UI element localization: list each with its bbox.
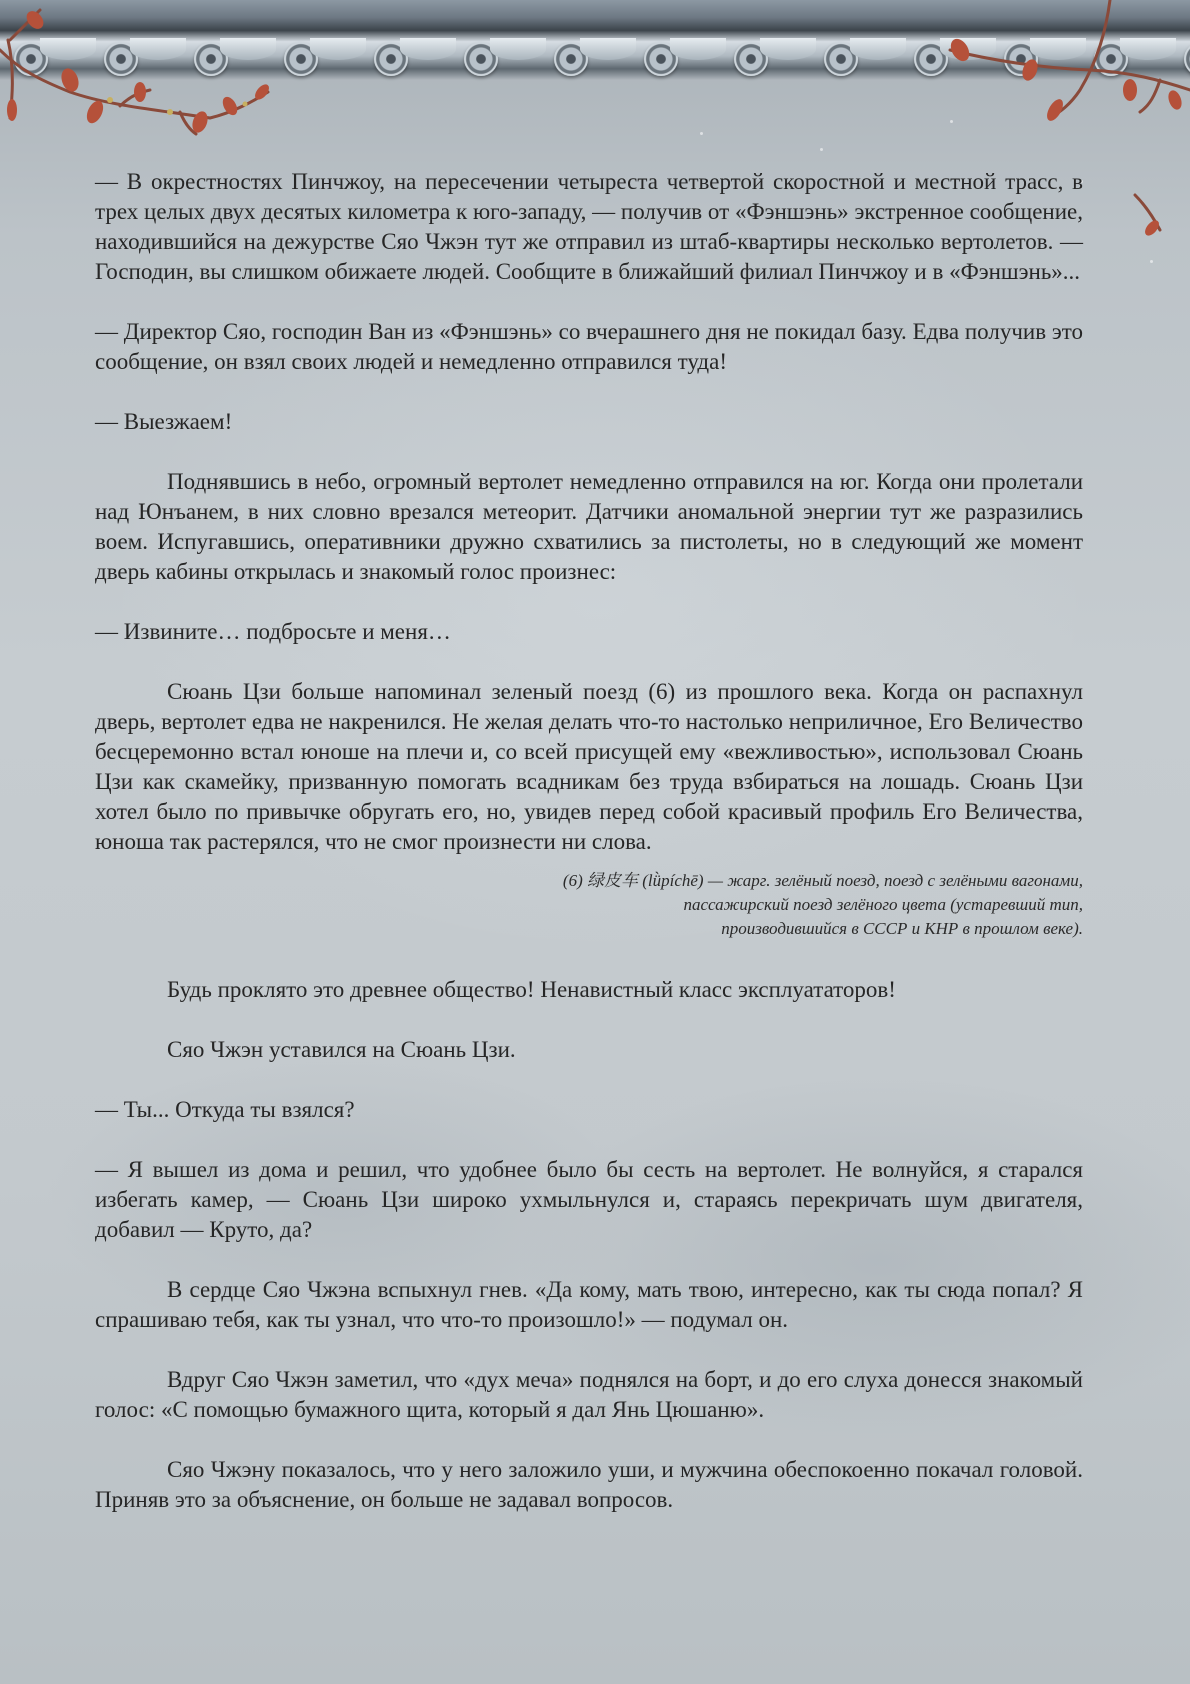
paragraph-dialogue: — В окрестностях Пинчжоу, на пересечении… (95, 167, 1083, 287)
dust-speck (820, 148, 823, 151)
paragraph-narration: Поднявшись в небо, огромный вертолет нем… (95, 467, 1083, 587)
roof-tile-row (0, 34, 1190, 80)
paragraph-narration: Сяо Чжэн уставился на Сюань Цзи. (95, 1035, 1083, 1065)
paragraph-dialogue: — Я вышел из дома и решил, что удобнее б… (95, 1155, 1083, 1245)
footnote-line: (6) 绿皮车 (lǜpíchē) — жарг. зелёный поезд,… (95, 869, 1083, 893)
paragraph-narration: В сердце Сяо Чжэна вспыхнул гнев. «Да ко… (95, 1275, 1083, 1335)
paragraph-narration: Вдруг Сяо Чжэн заметил, что «дух меча» п… (95, 1365, 1083, 1425)
footnote-line: производившийся в СССР и КНР в прошлом в… (95, 917, 1083, 941)
dust-speck (950, 120, 953, 123)
paragraph-dialogue: — Директор Сяо, господин Ван из «Фэншэнь… (95, 317, 1083, 377)
paragraph-narration: Сяо Чжэну показалось, что у него заложил… (95, 1455, 1083, 1515)
paragraph-narration: Будь проклято это древнее общество! Нена… (95, 975, 1083, 1005)
footnote: (6) 绿皮车 (lǜpíchē) — жарг. зелёный поезд,… (95, 869, 1083, 941)
dust-speck (1150, 260, 1153, 263)
dust-speck (700, 132, 703, 135)
paragraph-dialogue: — Выезжаем! (95, 407, 1083, 437)
paragraph-dialogue: — Ты... Откуда ты взялся? (95, 1095, 1083, 1125)
footnote-line: пассажирский поезд зелёного цвета (устар… (95, 893, 1083, 917)
roof-tiles-decoration (0, 0, 1190, 80)
paragraph-dialogue: — Извините… подбросьте и меня… (95, 617, 1083, 647)
document-body: — В окрестностях Пинчжоу, на пересечении… (95, 167, 1083, 1545)
paragraph-narration: Сюань Цзи больше напоминал зеленый поезд… (95, 677, 1083, 857)
